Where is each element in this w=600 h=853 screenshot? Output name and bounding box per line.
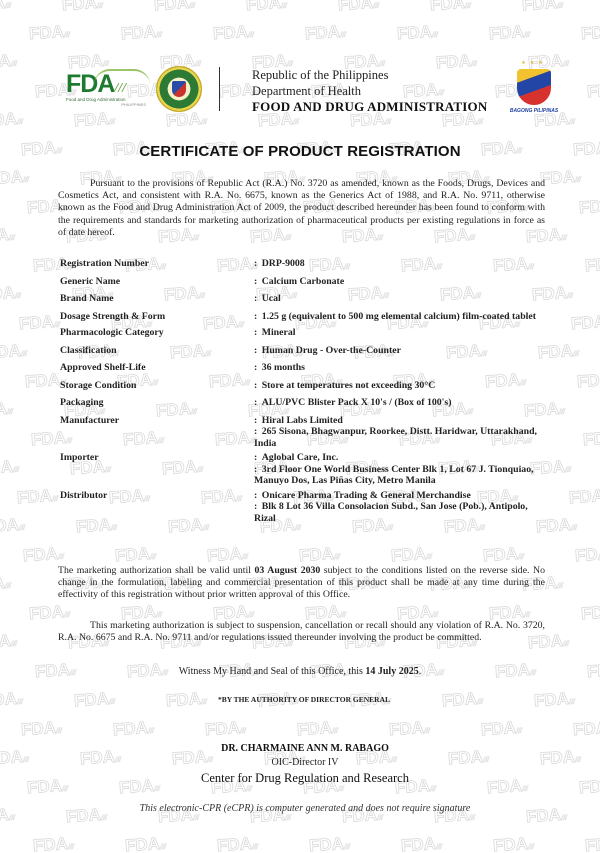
detail-row: Registration Number: DRP-9008 — [60, 258, 550, 270]
validity-paragraph: The marketing authorization shall be val… — [58, 565, 545, 602]
detail-label: Registration Number — [60, 258, 254, 270]
detail-row: Manufacturer: Hiral Labs Limited: 265 Si… — [60, 415, 550, 450]
fda-swoosh-icon — [94, 69, 150, 85]
detail-row: Distributor: Onicare Pharma Trading & Ge… — [60, 490, 550, 525]
detail-row: Packaging: ALU/PVC Blister Pack X 10's /… — [60, 397, 550, 409]
department-line: Department of Health — [252, 84, 487, 100]
detail-value: : Mineral — [254, 327, 550, 339]
detail-row: Importer: Aglobal Care, Inc.: 3rd Floor … — [60, 452, 550, 487]
agency-line: FOOD AND DRUG ADMINISTRATION — [252, 99, 487, 115]
fda-logo: FDA/// Food and Drug Administration PHIL… — [66, 72, 148, 112]
fda-logo-country: PHILIPPINES — [66, 102, 148, 107]
agency-name-block: Republic of the Philippines Department o… — [252, 68, 487, 115]
certificate-title: CERTIFICATE OF PRODUCT REGISTRATION — [0, 143, 600, 160]
detail-label: Importer — [60, 452, 254, 487]
preamble-paragraph: Pursuant to the provisions of Republic A… — [58, 178, 545, 239]
certificate-page: FDA/// Food and Drug Administration PHIL… — [0, 0, 600, 853]
detail-label: Classification — [60, 345, 254, 357]
detail-label: Distributor — [60, 490, 254, 525]
detail-label: Packaging — [60, 397, 254, 409]
detail-value: : 1.25 g (equivalent to 500 mg elemental… — [254, 311, 550, 323]
detail-value: : Onicare Pharma Trading & General Merch… — [254, 490, 550, 525]
detail-value: : DRP-9008 — [254, 258, 550, 270]
signatory-title: OIC-Director IV — [10, 757, 600, 768]
letterhead: FDA/// Food and Drug Administration PHIL… — [66, 64, 564, 116]
signatory-name: DR. CHARMAINE ANN M. RABAGO — [10, 743, 600, 754]
authority-line: *BY THE AUTHORITY OF DIRECTOR GENERAL — [8, 695, 600, 704]
detail-row: Classification: Human Drug - Over-the-Co… — [60, 345, 550, 357]
detail-value: : Human Drug - Over-the-Counter — [254, 345, 550, 357]
signatory-office: Center for Drug Regulation and Research — [10, 771, 600, 786]
header-divider — [219, 67, 220, 111]
detail-label: Manufacturer — [60, 415, 254, 450]
sun-shield-icon — [517, 69, 551, 105]
detail-value: : Ucal — [254, 293, 550, 305]
detail-row: Dosage Strength & Form: 1.25 g (equivale… — [60, 311, 550, 323]
republic-line: Republic of the Philippines — [252, 68, 487, 84]
detail-label: Generic Name — [60, 276, 254, 288]
issue-date: 14 July 2025 — [365, 666, 418, 677]
detail-row: Generic Name: Calcium Carbonate — [60, 276, 550, 288]
detail-label: Brand Name — [60, 293, 254, 305]
suspension-paragraph: This marketing authorization is subject … — [58, 620, 545, 644]
detail-value: : Calcium Carbonate — [254, 276, 550, 288]
detail-value: : 36 months — [254, 362, 550, 374]
bagong-pilipinas-logo: ★★★ BAGONG PILIPINAS — [504, 60, 564, 120]
witness-statement: Witness My Hand and Seal of this Office,… — [0, 666, 600, 677]
detail-label: Storage Condition — [60, 380, 254, 392]
detail-value: : Store at temperatures not exceeding 30… — [254, 380, 550, 392]
detail-row: Approved Shelf-Life: 36 months — [60, 362, 550, 374]
detail-value: : Aglobal Care, Inc.: 3rd Floor One Worl… — [254, 452, 550, 487]
detail-row: Brand Name: Ucal — [60, 293, 550, 305]
detail-label: Pharmacologic Category — [60, 327, 254, 339]
detail-label: Dosage Strength & Form — [60, 311, 254, 323]
stars-icon: ★★★ — [520, 60, 548, 66]
detail-value: : Hiral Labs Limited: 265 Sisona, Bhagwa… — [254, 415, 550, 450]
detail-row: Storage Condition: Store at temperatures… — [60, 380, 550, 392]
product-details-table: Registration Number: DRP-9008Generic Nam… — [60, 258, 550, 527]
detail-row: Pharmacologic Category: Mineral — [60, 327, 550, 339]
doh-seal-icon — [156, 66, 202, 112]
detail-value: : ALU/PVC Blister Pack X 10's / (Box of … — [254, 397, 550, 409]
validity-date: 03 August 2030 — [254, 565, 320, 576]
ecpr-footer-note: This electronic-CPR (eCPR) is computer g… — [10, 803, 600, 814]
detail-label: Approved Shelf-Life — [60, 362, 254, 374]
